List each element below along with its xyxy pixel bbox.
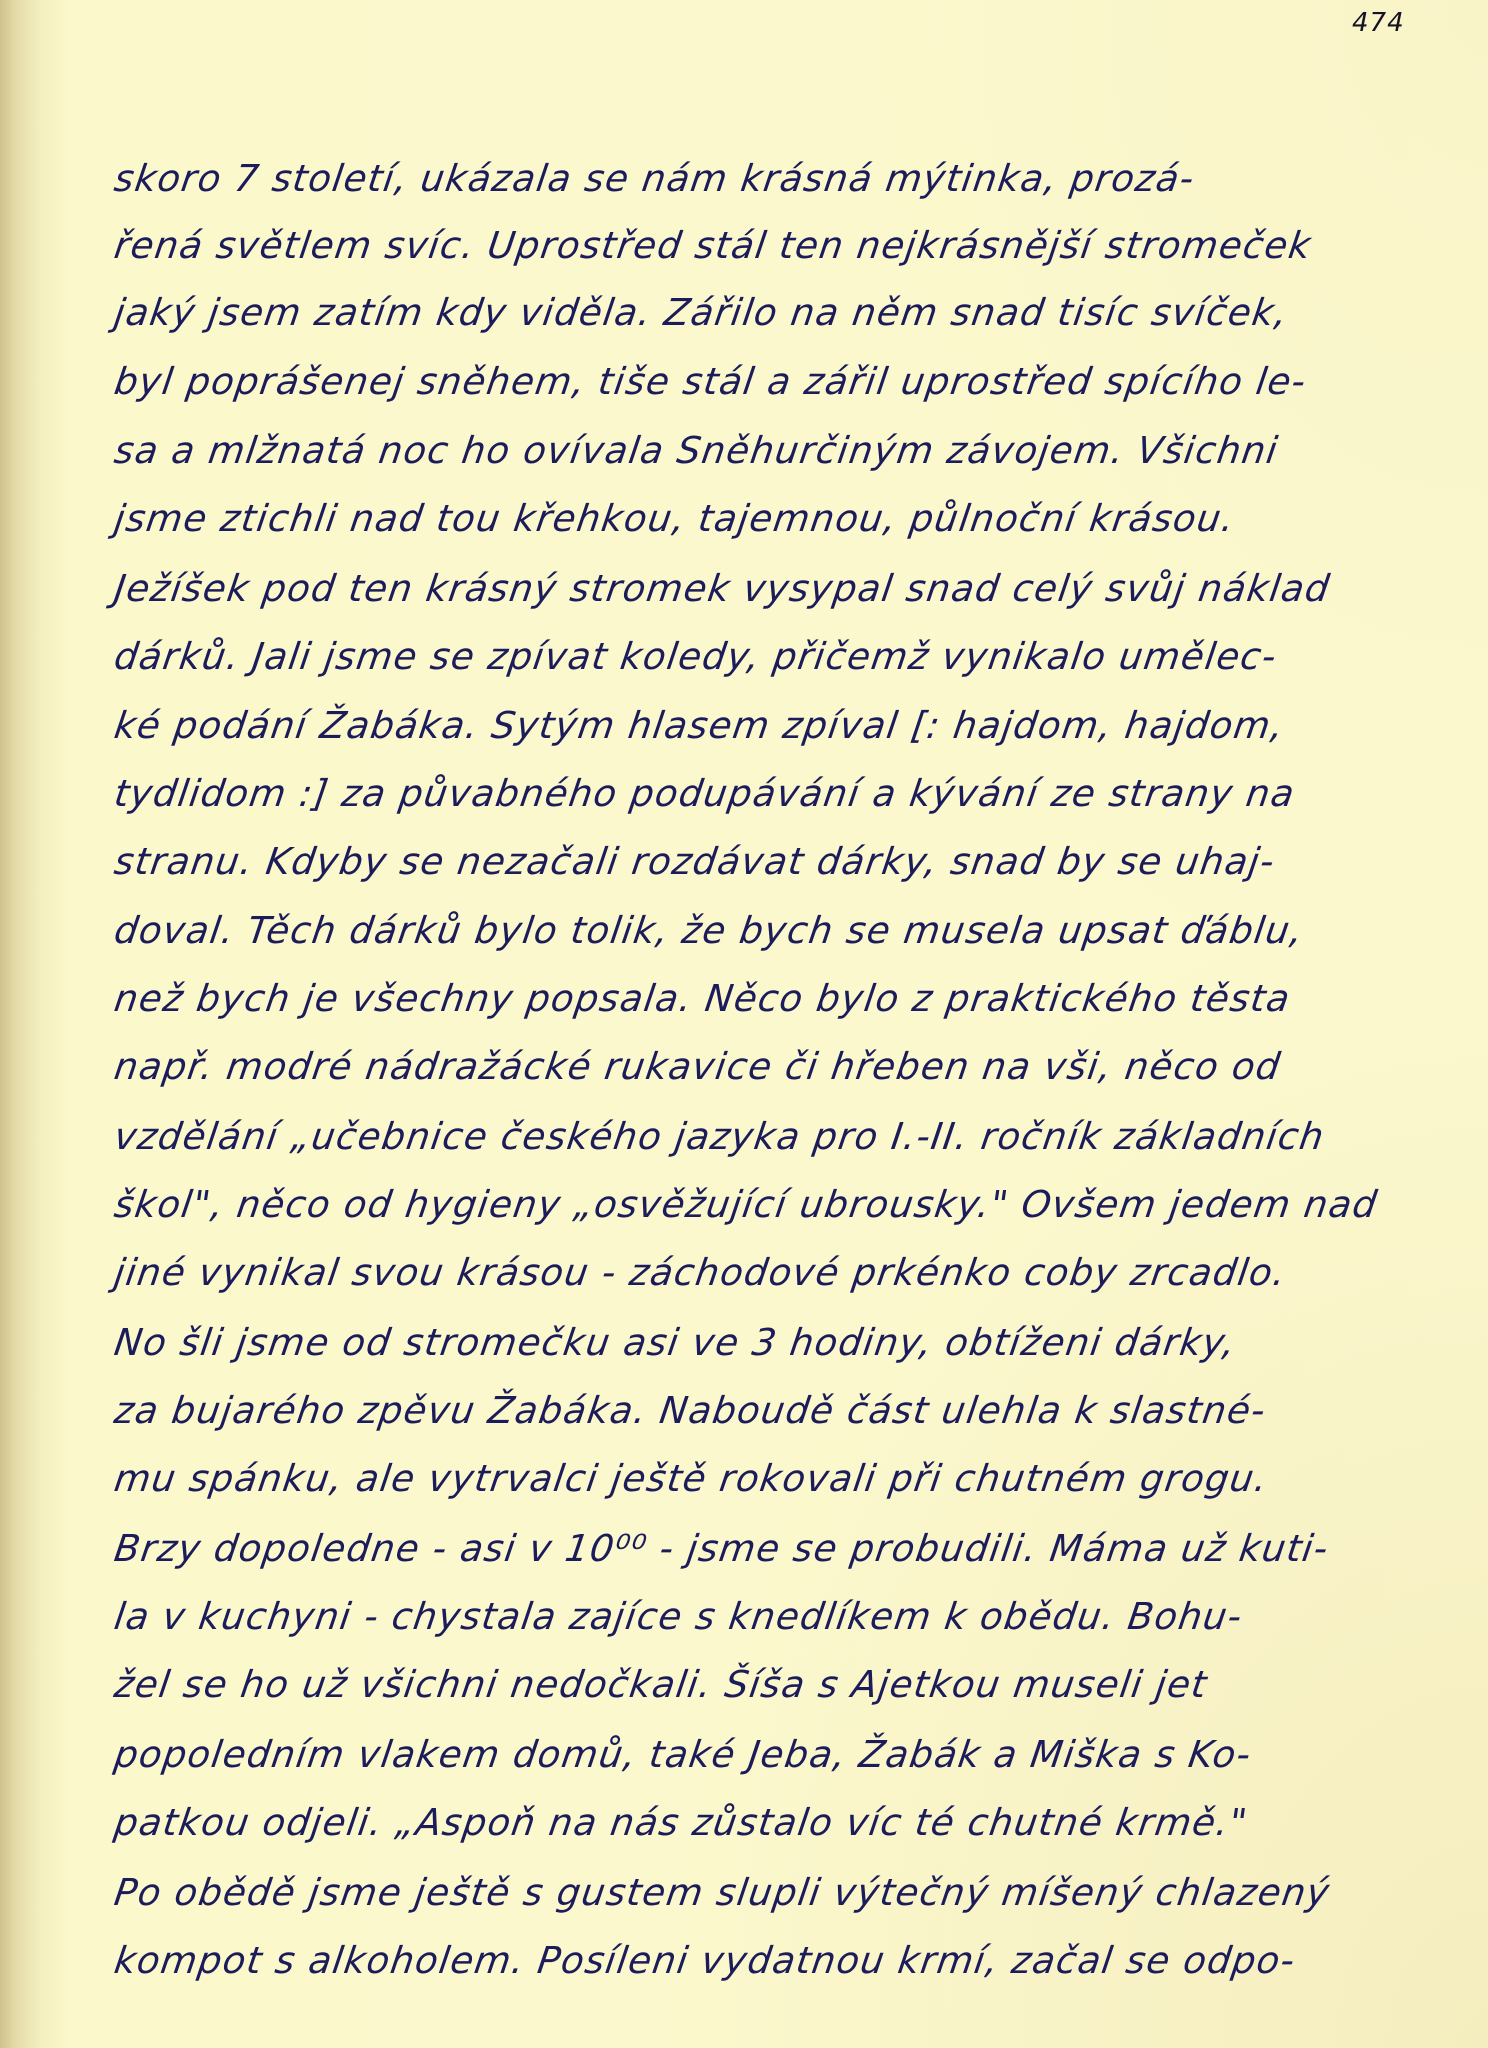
text-line: jsme ztichli nad tou křehkou, tajemnou, … — [112, 500, 1237, 537]
text-line: škol", něco od hygieny „osvěžující ubrou… — [112, 1186, 1380, 1223]
text-line: No šli jsme od stromečku asi ve 3 hodiny… — [112, 1324, 1238, 1361]
text-line: než bych je všechny popsala. Něco bylo z… — [112, 980, 1293, 1017]
text-line: Ježíšek pod ten krásný stromek vysypal s… — [112, 570, 1332, 607]
text-line: popoledním vlakem domů, také Jeba, Žabák… — [112, 1736, 1254, 1773]
text-line: kompot s alkoholem. Posíleni vydatnou kr… — [112, 1942, 1298, 1979]
scanned-handwritten-page: 474 skoro 7 století, ukázala se nám krás… — [0, 0, 1488, 2048]
text-line: ké podání Žabáka. Sytým hlasem zpíval [:… — [112, 707, 1287, 744]
text-line: stranu. Kdyby se nezačali rozdávat dárky… — [112, 843, 1278, 880]
text-line: la v kuchyni - chystala zajíce s knedlík… — [112, 1598, 1245, 1635]
text-line: patkou odjeli. „Aspoň na nás zůstalo víc… — [112, 1804, 1250, 1841]
text-line: dárků. Jali jsme se zpívat koledy, přiče… — [112, 638, 1279, 675]
text-line: za bujarého zpěvu Žabáka. Naboudě část u… — [112, 1392, 1268, 1429]
text-line: řená světlem svíc. Uprostřed stál ten ne… — [112, 227, 1314, 264]
text-line: jiné vynikal svou krásou - záchodové prk… — [112, 1254, 1289, 1291]
text-line: mu spánku, ale vytrvalci ještě rokovali … — [112, 1460, 1270, 1497]
text-line: skoro 7 století, ukázala se nám krásná m… — [112, 160, 1197, 197]
text-line: jaký jsem zatím kdy viděla. Zářilo na ně… — [112, 294, 1290, 331]
text-line: byl poprášenej sněhem, tiše stál a zářil… — [112, 363, 1309, 400]
text-line: Brzy dopoledne - asi v 10⁰⁰ - jsme se pr… — [112, 1530, 1331, 1567]
text-line: vzdělání „učebnice českého jazyka pro I.… — [112, 1118, 1327, 1155]
text-line: žel se ho už všichni nedočkali. Šíša s A… — [112, 1666, 1210, 1703]
page-number: 474 — [1352, 8, 1405, 38]
text-line: např. modré nádražácké rukavice či hřebe… — [112, 1048, 1283, 1085]
text-line: tydlidom :] za půvabného podupávání a ký… — [112, 775, 1297, 812]
text-line: Po obědě jsme ještě s gustem slupli výte… — [112, 1874, 1332, 1911]
text-line: doval. Těch dárků bylo tolik, že bych se… — [112, 912, 1306, 949]
text-line: sa a mlžnatá noc ho ovívala Sněhurčiným … — [112, 432, 1281, 469]
